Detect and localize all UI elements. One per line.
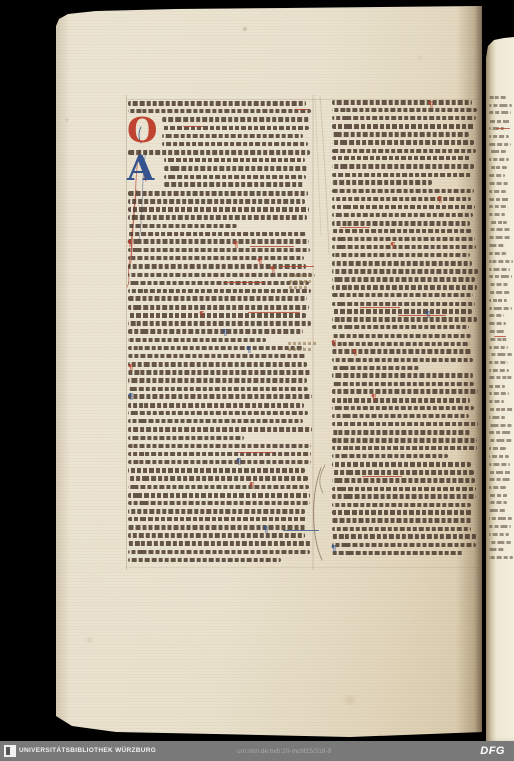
text-line <box>128 485 309 490</box>
text-line <box>489 517 512 520</box>
text-line <box>489 408 513 411</box>
text-line <box>332 478 475 483</box>
text-line <box>489 376 513 379</box>
library-logo-icon <box>4 745 16 757</box>
text-line <box>332 116 476 121</box>
text-line <box>332 205 475 210</box>
text-line <box>489 533 509 536</box>
text-line <box>332 285 477 290</box>
text-line <box>332 527 471 532</box>
text-line <box>332 189 474 194</box>
text-line <box>128 289 311 294</box>
text-line <box>332 173 472 178</box>
text-line <box>128 550 310 555</box>
dfg-logo: DFG <box>480 745 505 757</box>
text-line <box>128 224 237 229</box>
paraph-mark: ¶ <box>270 266 275 275</box>
text-line <box>489 439 512 442</box>
paraph-mark: ¶ <box>249 482 254 491</box>
text-line <box>128 476 308 481</box>
text-line <box>332 269 478 274</box>
text-line <box>489 338 507 341</box>
text-line <box>489 213 505 216</box>
text-line <box>128 387 308 392</box>
text-line <box>128 256 304 261</box>
text-line <box>332 124 475 129</box>
text-line <box>489 486 506 489</box>
text-line <box>332 342 470 347</box>
text-line <box>332 108 477 113</box>
text-line <box>128 346 304 351</box>
marginal-note-line <box>289 286 307 289</box>
text-line <box>128 215 307 220</box>
text-line <box>489 299 507 302</box>
text-line <box>128 207 309 212</box>
text-line <box>332 494 476 499</box>
text-line <box>128 501 310 506</box>
text-line <box>489 307 512 310</box>
paraph-mark: ¶ <box>236 458 241 467</box>
urn-label: urn:nbn:de:bvb:20-mchf15/318-9 <box>237 748 331 755</box>
text-line <box>332 237 475 242</box>
text-line <box>332 543 476 548</box>
text-line <box>332 277 475 282</box>
paraph-mark: ¶ <box>233 241 238 250</box>
text-line <box>489 268 510 271</box>
text-line <box>128 273 312 278</box>
text-line <box>128 239 309 244</box>
text-line <box>128 232 306 237</box>
text-line <box>128 419 303 424</box>
footer-bar: UNIVERSITÄTSBIBLIOTHEK WÜRZBURG urn:nbn:… <box>0 741 514 761</box>
text-line <box>489 174 505 177</box>
text-line <box>162 142 308 147</box>
paraph-mark: ¶ <box>222 329 227 338</box>
text-line <box>489 541 511 544</box>
text-line <box>332 253 470 258</box>
text-line <box>489 392 509 395</box>
text-line <box>128 248 310 253</box>
text-line <box>128 452 311 457</box>
text-line <box>332 156 471 161</box>
text-line <box>489 416 505 419</box>
text-line <box>332 454 448 459</box>
paraph-mark: ¶ <box>246 346 251 355</box>
text-line <box>332 503 471 508</box>
text-line <box>128 313 306 318</box>
text-line <box>128 281 309 286</box>
text-line <box>332 132 469 137</box>
text-line <box>489 471 511 474</box>
text-line <box>332 438 477 443</box>
text-line <box>332 213 473 218</box>
text-line <box>489 120 510 123</box>
text-line <box>128 191 308 196</box>
text-line <box>332 293 473 298</box>
text-line <box>128 533 305 538</box>
text-line <box>332 414 469 419</box>
text-line <box>489 494 508 497</box>
text-line <box>489 260 513 263</box>
text-line <box>332 221 470 226</box>
scan-viewport: ¶¶¶¶¶¶¶¶¶¶¶¶¶¶¶¶¶¶¶¶ O A UNIVERSITÄTSBIB… <box>0 0 514 761</box>
text-line <box>332 325 469 330</box>
text-line <box>489 96 507 99</box>
text-line <box>128 436 244 441</box>
text-line <box>332 140 474 145</box>
text-line <box>332 382 474 387</box>
text-line <box>489 111 511 114</box>
text-line <box>128 517 307 522</box>
text-line <box>128 354 306 359</box>
text-line <box>128 403 304 408</box>
text-line <box>162 134 303 139</box>
text-line <box>489 369 509 372</box>
text-line <box>128 305 309 310</box>
text-line <box>332 309 472 314</box>
text-line <box>489 182 509 185</box>
text-line <box>489 228 510 231</box>
text-line <box>128 199 305 204</box>
text-line <box>489 283 508 286</box>
text-line <box>489 455 509 458</box>
paraph-mark: ¶ <box>390 242 395 251</box>
text-line <box>489 525 511 528</box>
text-line <box>128 468 305 473</box>
text-line <box>489 361 508 364</box>
library-name: UNIVERSITÄTSBIBLIOTHEK WÜRZBURG <box>19 747 156 754</box>
text-line <box>489 400 504 403</box>
text-line <box>162 117 310 122</box>
paraph-mark: ¶ <box>437 196 442 205</box>
paraph-mark: ¶ <box>257 258 262 267</box>
text-line <box>332 389 478 394</box>
text-line <box>332 197 471 202</box>
text-line <box>489 135 509 138</box>
text-line <box>332 302 475 307</box>
text-line <box>128 558 281 563</box>
paraph-mark: ¶ <box>352 349 357 358</box>
text-line <box>128 493 310 498</box>
text-line <box>489 150 506 153</box>
paraph-mark: ¶ <box>263 526 268 535</box>
text-line <box>128 460 311 465</box>
text-line <box>332 462 471 467</box>
text-line <box>489 346 508 349</box>
text-line <box>164 158 305 163</box>
text-line <box>128 541 311 546</box>
text-line <box>489 314 504 317</box>
text-line <box>128 394 312 399</box>
text-line <box>332 261 472 266</box>
text-line <box>332 358 473 363</box>
text-line <box>332 373 473 378</box>
paraph-mark: ¶ <box>128 393 133 402</box>
paraph-mark: ¶ <box>371 394 376 403</box>
text-line <box>332 100 472 105</box>
text-line <box>332 551 463 556</box>
text-line <box>489 385 505 388</box>
text-line <box>489 244 505 247</box>
text-line <box>332 245 476 250</box>
text-line <box>128 338 266 343</box>
text-line <box>489 190 506 193</box>
text-line <box>489 353 512 356</box>
text-line <box>164 175 306 180</box>
marginal-note-line <box>288 342 317 345</box>
text-line <box>128 444 311 449</box>
text-line <box>489 431 512 434</box>
text-line <box>332 430 470 435</box>
paraph-mark: ¶ <box>428 101 433 110</box>
text-line <box>332 180 432 185</box>
text-line <box>489 556 513 559</box>
text-line <box>128 296 307 301</box>
text-line <box>332 470 474 475</box>
paraph-mark: ¶ <box>331 340 336 349</box>
text-line <box>489 143 511 146</box>
text-line <box>489 198 510 201</box>
paraph-mark: ¶ <box>331 545 336 554</box>
text-line <box>332 334 471 339</box>
text-line <box>332 149 476 154</box>
paraph-mark: ¶ <box>199 311 204 320</box>
text-line <box>332 422 478 427</box>
text-line <box>489 104 512 107</box>
text-line <box>332 398 470 403</box>
decorated-initial-blue: A <box>127 151 154 186</box>
text-line <box>164 182 304 187</box>
text-line <box>332 534 477 539</box>
paraph-mark: ¶ <box>127 240 132 249</box>
text-line <box>489 158 509 161</box>
text-line <box>332 164 474 169</box>
text-line <box>489 509 506 512</box>
text-line <box>489 501 507 504</box>
marginal-note-line <box>289 280 311 283</box>
text-line <box>332 518 472 523</box>
text-line <box>332 487 476 492</box>
text-line <box>128 329 303 334</box>
text-line <box>128 509 305 514</box>
text-line <box>489 252 507 255</box>
text-line <box>128 411 308 416</box>
text-line <box>489 275 512 278</box>
text-line <box>489 322 506 325</box>
text-line <box>332 229 472 234</box>
paraph-mark: ¶ <box>128 364 133 373</box>
decorated-initial-red: O <box>127 113 158 148</box>
text-line <box>489 205 508 208</box>
text-line <box>332 406 474 411</box>
text-line <box>128 101 306 106</box>
marginal-note-line <box>289 274 315 277</box>
text-line <box>128 525 306 530</box>
text-line <box>128 427 312 432</box>
text-line <box>489 236 511 239</box>
text-line <box>489 166 507 169</box>
text-line <box>128 321 311 326</box>
text-line <box>164 166 308 171</box>
text-line <box>489 478 511 481</box>
text-line <box>128 378 307 383</box>
text-line <box>332 510 473 515</box>
text-line <box>489 447 506 450</box>
marginal-note-line <box>288 348 313 351</box>
text-line <box>332 366 419 371</box>
text-line <box>489 330 505 333</box>
text-line <box>332 446 477 451</box>
text-line <box>489 548 505 551</box>
text-line <box>128 370 311 375</box>
text-line <box>489 463 510 466</box>
text-line <box>489 424 512 427</box>
text-line <box>332 317 477 322</box>
text-line <box>489 221 507 224</box>
text-line <box>128 362 307 367</box>
